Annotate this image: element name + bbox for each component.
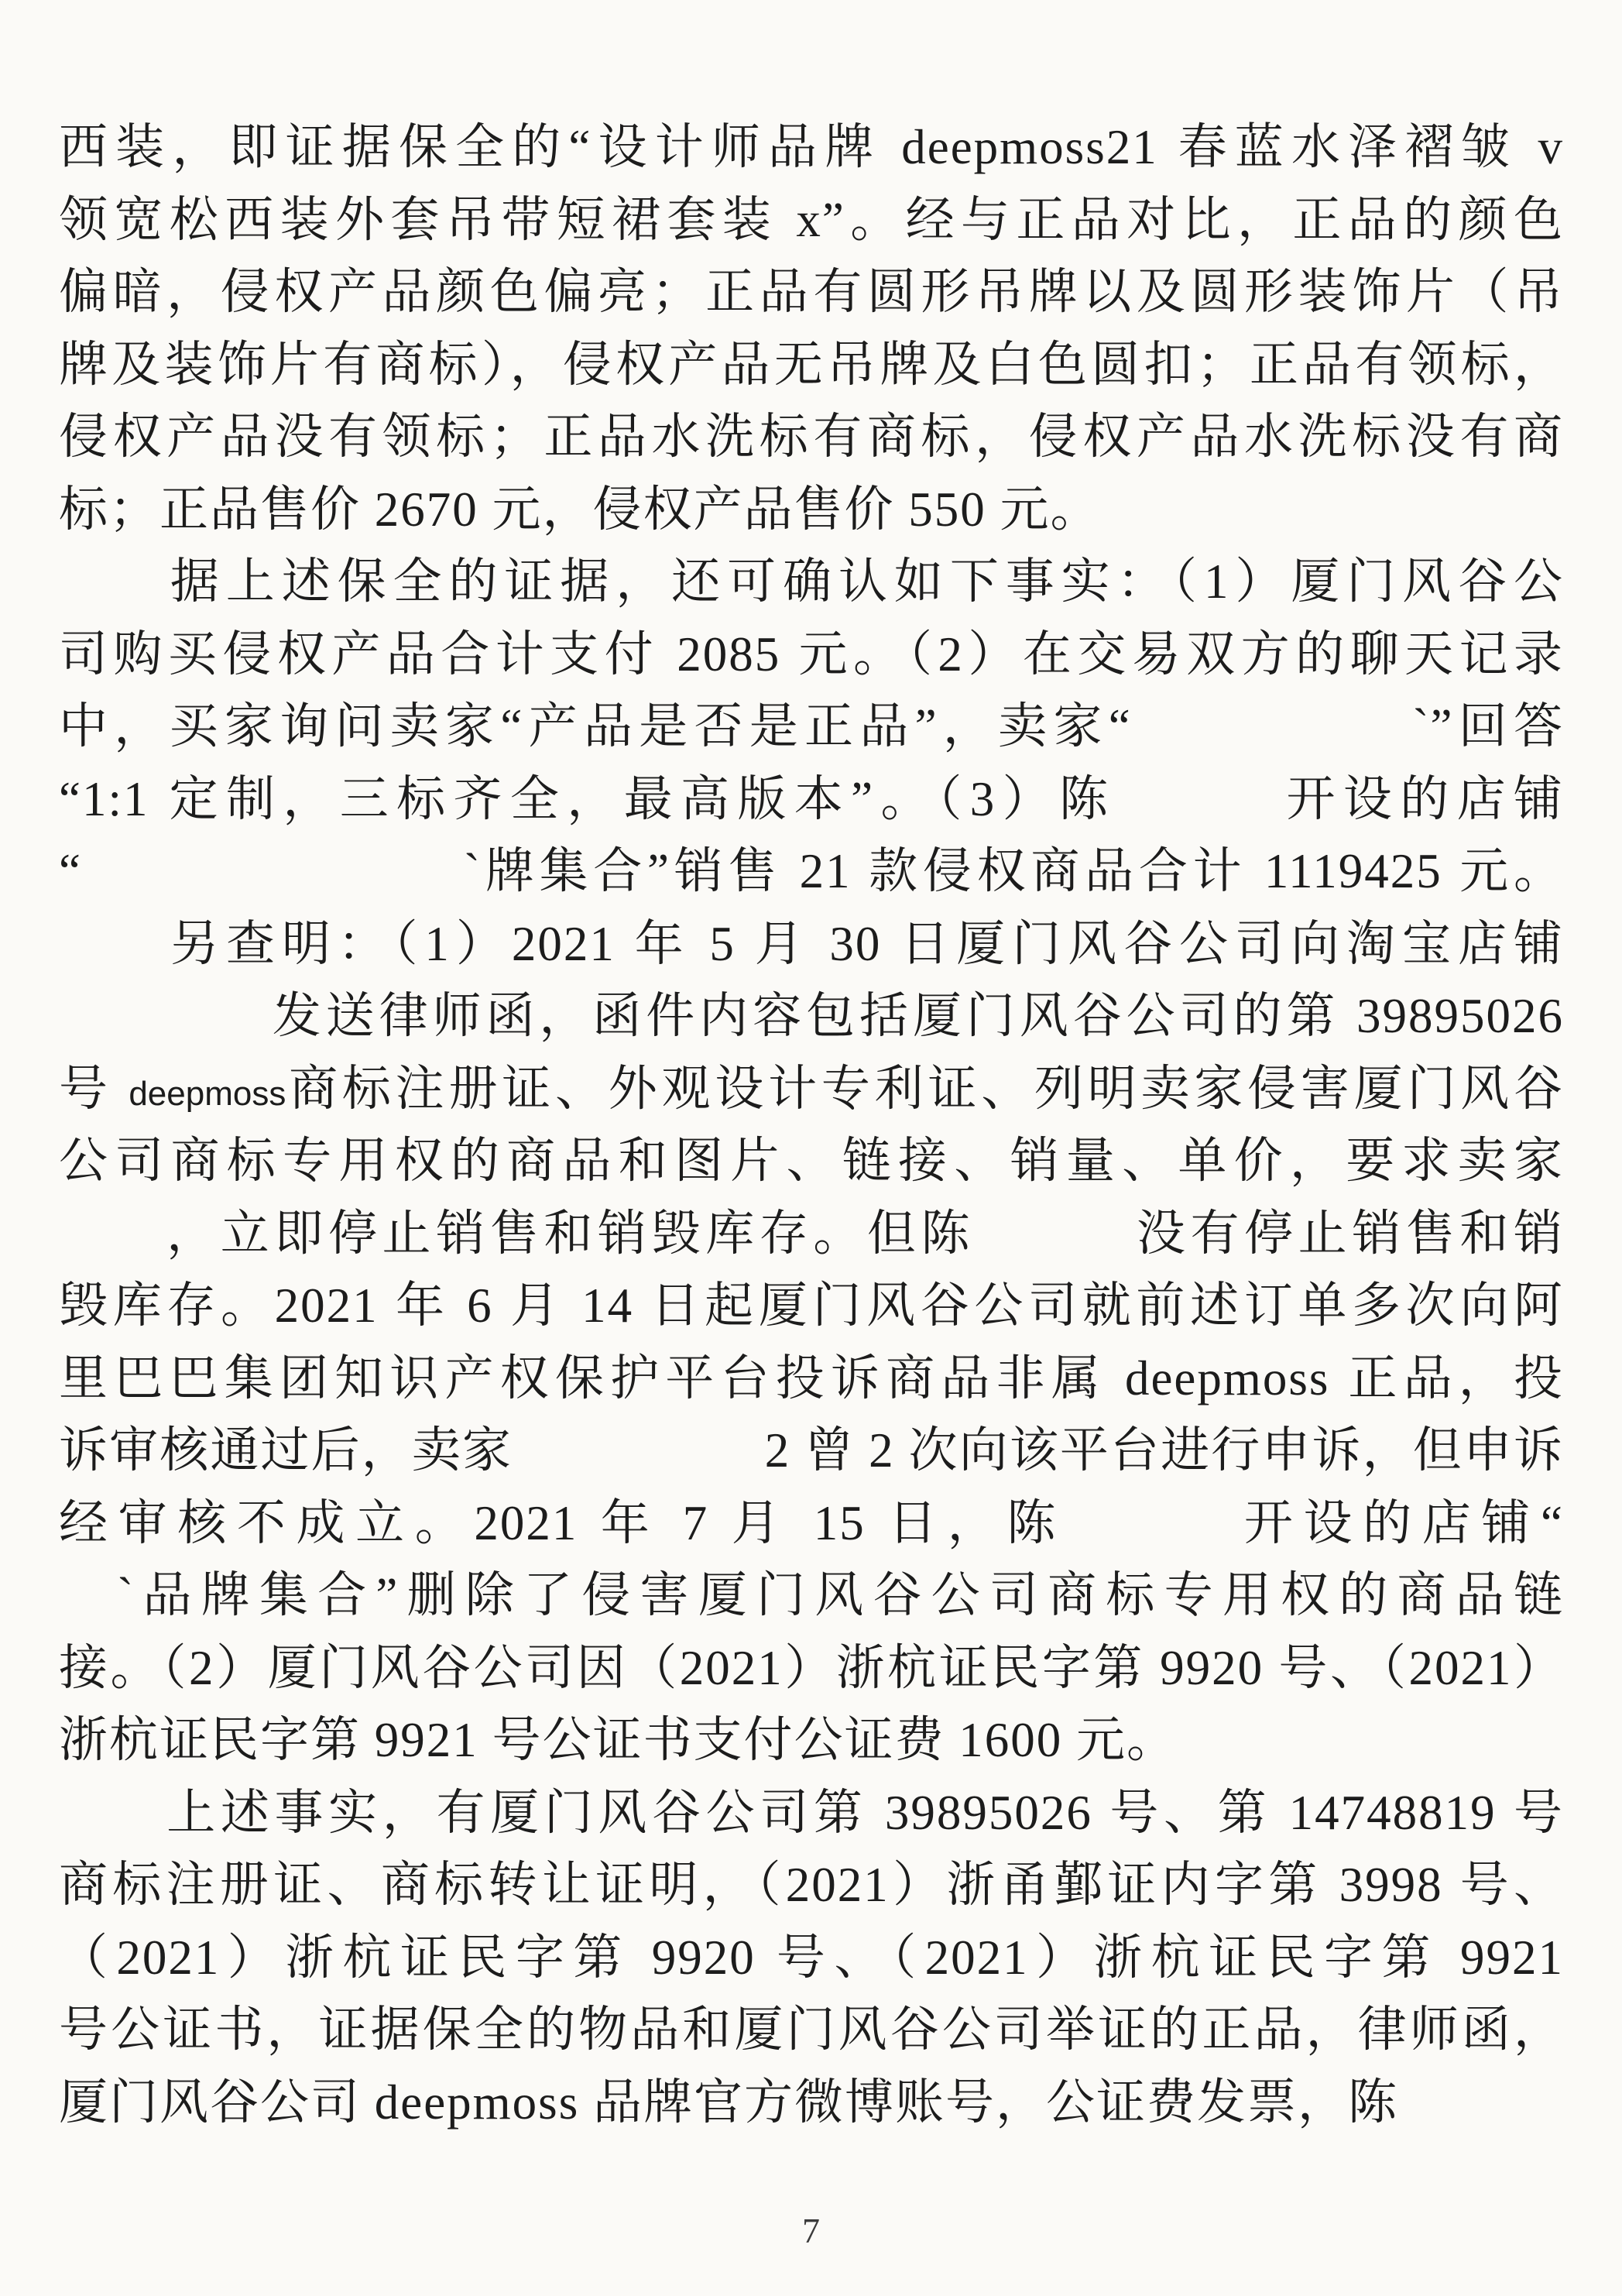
text-line: “ `牌集合”销售 21 款侵权商品合计 1119425 元。 xyxy=(59,836,1564,908)
text-line: ，立即停止销售和销毁库存。但陈 没有停止销售和销 xyxy=(59,1198,1564,1271)
text-line: 诉审核通过后，卖家 2 曾 2 次向该平台进行申诉，但申诉 xyxy=(59,1415,1564,1488)
text-line: 侵权产品没有领标；正品水洗标有商标，侵权产品水洗标没有商 xyxy=(59,401,1564,474)
text-line: 偏暗，侵权产品颜色偏亮；正品有圆形吊牌以及圆形装饰片（吊 xyxy=(59,256,1564,329)
text-line: 上述事实，有厦门风谷公司第 39895026 号、第 14748819 号 xyxy=(59,1777,1564,1850)
text-line: 发送律师函，函件内容包括厦门风谷公司的第 39895026 xyxy=(59,980,1564,1053)
text-line: 厦门风谷公司 deepmoss 品牌官方微博账号，公证费发票，陈 xyxy=(59,2067,1564,2140)
text-line: 经审核不成立。2021 年 7 月 15 日，陈 开设的店铺“ xyxy=(59,1488,1564,1560)
text-line: 里巴巴集团知识产权保护平台投诉商品非属 deepmoss 正品，投 xyxy=(59,1343,1564,1416)
text-line: 据上述保全的证据，还可确认如下事实：（1）厦门风谷公 xyxy=(59,546,1564,619)
text-line: （2021）浙杭证民字第 9920 号、（2021）浙杭证民字第 9921 xyxy=(59,1922,1564,1995)
text-line: 牌及装饰片有商标），侵权产品无吊牌及白色圆扣；正品有领标， xyxy=(59,329,1564,402)
text-line: 领宽松西装外套吊带短裙套装 x”。经与正品对比，正品的颜色 xyxy=(59,184,1564,257)
text-line: 号公证书，证据保全的物品和厦门风谷公司举证的正品，律师函， xyxy=(59,1994,1564,2067)
text-line: “1:1 定制，三标齐全，最高版本”。（3）陈 开设的店铺 xyxy=(59,764,1564,836)
text-line: 司购买侵权产品合计支付 2085 元。（2）在交易双方的聊天记录 xyxy=(59,619,1564,692)
scanned-document-page: 西装，即证据保全的“设计师品牌 deepmoss21 春蓝水泽褶皱 v领宽松西装… xyxy=(0,0,1622,2296)
text-line: 商标注册证、商标转让证明，（2021）浙甬鄞证内字第 3998 号、 xyxy=(59,1849,1564,1922)
text-line: 西装，即证据保全的“设计师品牌 deepmoss21 春蓝水泽褶皱 v xyxy=(59,112,1564,184)
text-segment: 号 xyxy=(59,1062,129,1116)
text-segment: 商标注册证、外观设计专利证、列明卖家侵害厦门风谷 xyxy=(286,1062,1564,1116)
text-line: 毁库存。2021 年 6 月 14 日起厦门风谷公司就前述订单多次向阿 xyxy=(59,1270,1564,1343)
text-line: 浙杭证民字第 9921 号公证书支付公证费 1600 元。 xyxy=(59,1704,1564,1777)
text-line: 号 deepmoss商标注册证、外观设计专利证、列明卖家侵害厦门风谷 xyxy=(59,1053,1564,1126)
text-line: 接。（2）厦门风谷公司因（2021）浙杭证民字第 9920 号、（2021） xyxy=(59,1632,1564,1705)
text-line: `品牌集合”删除了侵害厦门风谷公司商标专用权的商品链 xyxy=(59,1560,1564,1632)
text-line: 标；正品售价 2670 元，侵权产品售价 550 元。 xyxy=(59,474,1564,547)
page-number: 7 xyxy=(0,2210,1622,2251)
document-body: 西装，即证据保全的“设计师品牌 deepmoss21 春蓝水泽褶皱 v领宽松西装… xyxy=(59,112,1564,2139)
text-line: 公司商标专用权的商品和图片、链接、销量、单价，要求卖家 xyxy=(59,1125,1564,1198)
text-line: 中，买家询问卖家“产品是否是正品”，卖家“ `”回答 xyxy=(59,691,1564,764)
brand-name-latin: deepmoss xyxy=(129,1075,286,1113)
text-line: 另查明：（1）2021 年 5 月 30 日厦门风谷公司向淘宝店铺 xyxy=(59,908,1564,981)
